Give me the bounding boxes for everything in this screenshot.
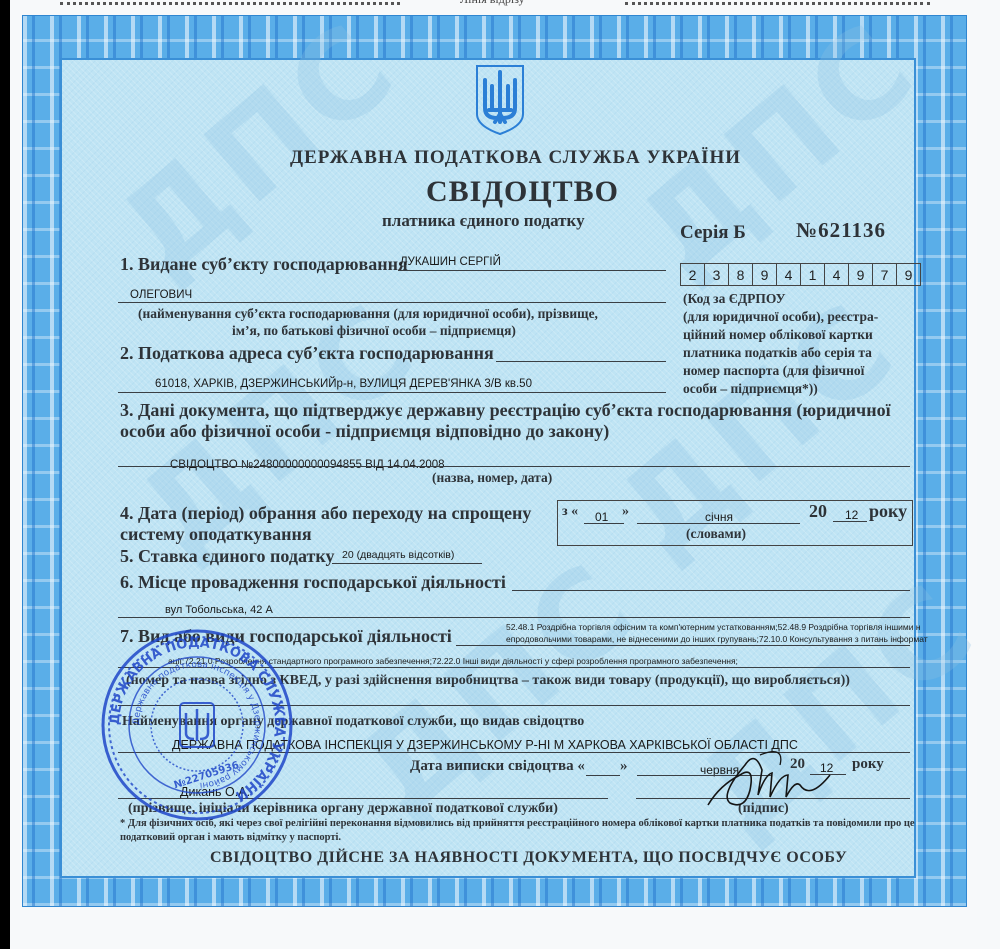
section4-label-line2: систему оподаткування: [120, 524, 312, 545]
tax-id-caption: (Код за ЄДРПОУ (для юридичної особи), ре…: [683, 290, 878, 398]
date-prefix: з «: [562, 504, 578, 520]
tax-id-digit: 9: [897, 264, 920, 285]
date-day-close: »: [622, 504, 629, 520]
underline: [833, 521, 867, 522]
tax-id-digit: 9: [849, 264, 873, 285]
tax-id-digit: 4: [777, 264, 801, 285]
entrepreneur-name-line2: ОЛЕГОВИЧ: [130, 289, 192, 301]
tax-id-digit: 3: [705, 264, 729, 285]
underline: [637, 523, 800, 524]
underline: [332, 563, 482, 564]
section5-label: 5. Ставка єдиного податку: [120, 546, 334, 567]
entrepreneur-name-line1: ЛУКАШИН СЕРГІЙ: [400, 256, 501, 268]
document-subtitle: платника єдиного податку: [382, 211, 585, 231]
tax-id-digit: 2: [681, 264, 705, 285]
cut-line: Лінія відрізу: [60, 0, 940, 12]
tax-id-caption-line: (Код за ЄДРПОУ: [683, 290, 878, 308]
tax-id-digit: 7: [873, 264, 897, 285]
section4-caption: (словами): [686, 526, 746, 542]
tax-start-month: січня: [705, 510, 733, 524]
underline: [118, 392, 666, 393]
cut-line-dots-right: [625, 2, 930, 7]
section6-label: 6. Місце провадження господарської діяль…: [120, 572, 506, 593]
issue-year-suffix: року: [852, 756, 884, 773]
tax-id-caption-line: платника податків або серія та: [683, 344, 878, 362]
business-location: вул Тобольська, 42 А: [165, 604, 273, 616]
footnote-line2: податковий орган і мають відмітку у пасп…: [120, 832, 341, 843]
section3-label-line1: 3. Дані документа, що підтверджує держав…: [120, 400, 891, 421]
series-label: Серія Б: [680, 222, 746, 244]
underline: [496, 361, 666, 362]
validity-notice: СВІДОЦТВО ДІЙСНЕ ЗА НАЯВНОСТІ ДОКУМЕНТА,…: [210, 849, 847, 867]
cut-line-dots-left: [60, 2, 400, 7]
underline: [118, 466, 910, 467]
underline: [584, 523, 624, 524]
underline: [398, 270, 666, 271]
activity-line1: 52.48.1 Роздрібна торгівля офісним та ко…: [506, 622, 921, 632]
section2-label: 2. Податкова адреса суб’єкта господарюва…: [120, 343, 494, 364]
certificate-number: №621136: [796, 218, 886, 243]
tax-start-year: 12: [845, 508, 858, 522]
trident-icon: [475, 64, 525, 136]
signature-icon: [700, 745, 835, 815]
tax-id-digit: 4: [825, 264, 849, 285]
section4-label-line1: 4. Дата (період) обрання або переходу на…: [120, 503, 531, 524]
official-stamp-icon: ДЕРЖАВНА ПОДАТКОВА СЛУЖБА УКРАЇНИ Держав…: [100, 625, 295, 825]
underline: [586, 775, 620, 776]
section3-label-line2: особи або фізичної особи - підприємця ві…: [120, 421, 609, 442]
underline: [118, 617, 910, 618]
year-prefix: 20: [809, 501, 827, 522]
underline: [118, 302, 666, 303]
underline: [512, 590, 910, 591]
tax-address: 61018, ХАРКІВ, ДЗЕРЖИНСЬКИЙр-н, ВУЛИЦЯ Д…: [155, 378, 532, 390]
cut-line-label: Лінія відрізу: [460, 0, 525, 7]
tax-id-caption-line: особи – підприємця*)): [683, 380, 878, 398]
section1-caption-line2: ім’я, по батькові фізичної особи – підпр…: [232, 323, 516, 339]
issue-date-label: Дата виписки свідоцтва «: [410, 758, 585, 775]
year-suffix: року: [869, 501, 907, 522]
tax-id-caption-line: номер паспорта (для фізичної: [683, 362, 878, 380]
tax-id-digit: 1: [801, 264, 825, 285]
registration-document: СВІДОЦТВО №24800000000094855 ВІД 14.04.2…: [170, 459, 445, 471]
section1-caption-line1: (найменування суб’єкта господарювання (д…: [138, 306, 598, 322]
tax-id-caption-line: (для юридичної особи), реєстра-: [683, 308, 878, 326]
tax-id-digit: 8: [729, 264, 753, 285]
issue-day-close: »: [620, 758, 628, 775]
underline: [456, 645, 910, 646]
section3-caption: (назва, номер, дата): [432, 470, 552, 486]
section1-label: 1. Видане суб’єкту господарювання: [120, 254, 408, 275]
tax-id-digit: 9: [753, 264, 777, 285]
activity-line2: епродовольчими товарами, не віднесеними …: [506, 634, 928, 644]
tax-rate: 20 (двадцять відсотків): [342, 549, 454, 561]
tax-id-caption-line: ційний номер облікової картки: [683, 326, 878, 344]
scan-edge: [0, 0, 10, 949]
agency-title: ДЕРЖАВНА ПОДАТКОВА СЛУЖБА УКРАЇНИ: [290, 147, 741, 169]
tax-id-box: 2 3 8 9 4 1 4 9 7 9: [680, 263, 921, 286]
tax-start-day: 01: [595, 510, 608, 524]
document-title: СВІДОЦТВО: [426, 175, 619, 209]
